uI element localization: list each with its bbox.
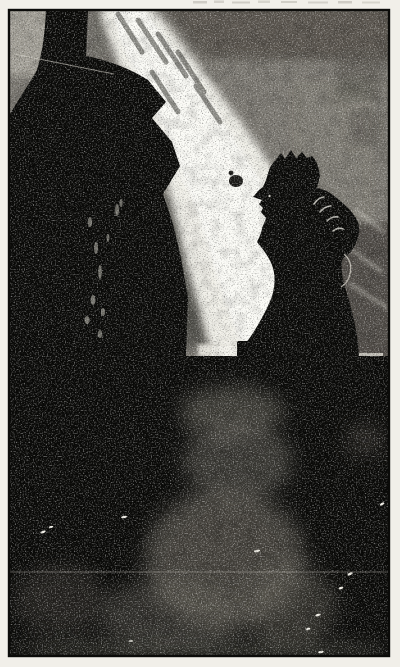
illustration-canvas: Monochrome halftone engraving: a shadowe… [0,0,400,667]
illustration-interior [2,4,395,660]
engraving-illustration: Monochrome halftone engraving: a shadowe… [0,0,400,667]
film-grain-overlay [9,10,389,656]
